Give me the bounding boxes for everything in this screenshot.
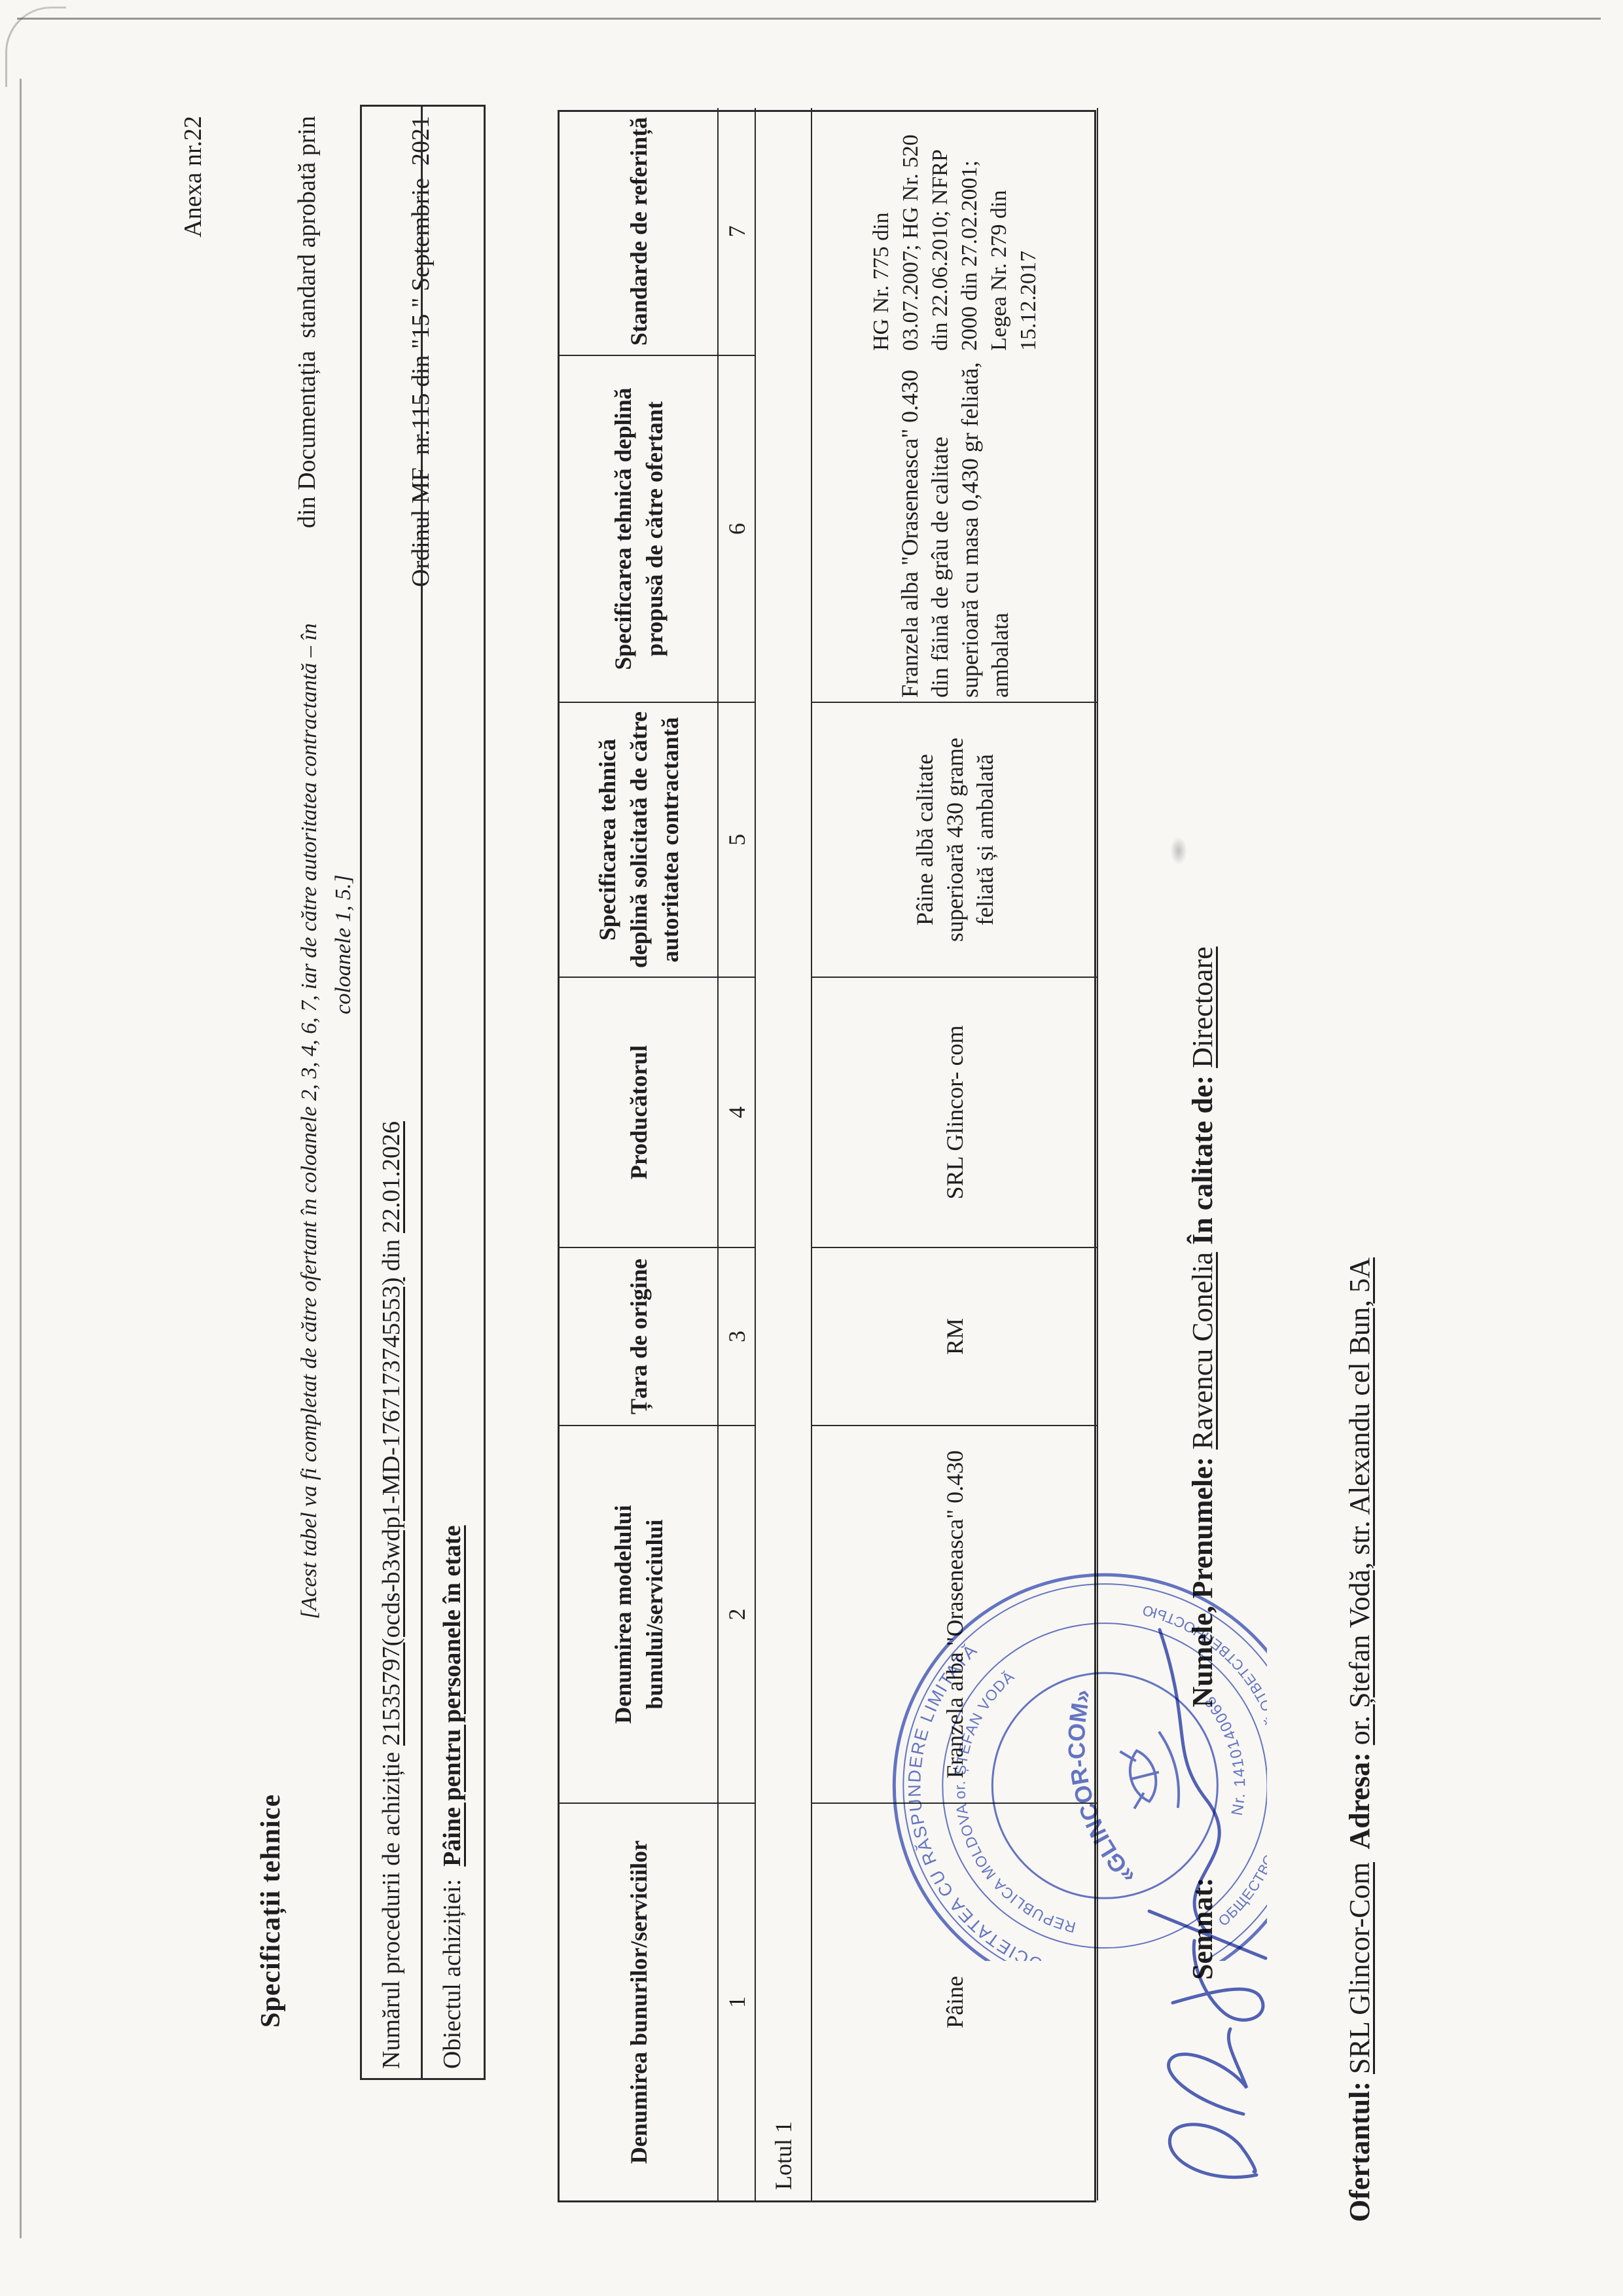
- table-data-cell-spec-offered: Franzela alba "Oraseneasca" 0.430 din fă…: [812, 355, 1098, 702]
- table-header-cell: Denumirea bunurilor/serviciilor: [560, 1803, 719, 2200]
- offerer-line: Ofertantul: SRL Glincor-Com Adresa: or. …: [1343, 1257, 1376, 2222]
- role-value: Directoare: [1186, 946, 1219, 1068]
- svg-text:«GLINCOR-COM»: «GLINCOR-COM»: [1044, 1681, 1143, 1896]
- table-data-cell-spec-requested: Pâine albă calitate superioară 430 grame…: [812, 702, 1098, 977]
- table-header-cell: Țara de origine: [560, 1247, 719, 1425]
- name-value: Ravencu Conelia: [1186, 1252, 1219, 1450]
- role-label: În calitate de:: [1186, 1068, 1219, 1252]
- column-number-cell: 1: [719, 1803, 756, 2200]
- address-value: or. Ștefan Vodă, str. Alexandu cel Bun, …: [1344, 1257, 1376, 1745]
- table-header-cell: Specificarea tehnică deplină propusă de …: [560, 355, 719, 702]
- procedure-number-row: Numărul procedurii de achiziție 21535797…: [362, 107, 423, 2078]
- fill-instructions-note-line1: [Acest tabel va fi completat de către of…: [297, 496, 322, 1746]
- stamp-center-name: «GLINCOR-COM»: [1044, 1681, 1143, 1896]
- lot-row: Lotul 1: [756, 108, 812, 2200]
- column-number-cell: 7: [719, 108, 756, 355]
- column-number-cell: 2: [719, 1425, 756, 1803]
- object-label: Obiectul achiziției:: [438, 1867, 467, 2069]
- svg-text:Nr. 1410140068: Nr. 1410140068: [1199, 1688, 1260, 1821]
- table-header-cell: Standarde de referință: [560, 108, 719, 355]
- fill-instructions-note-line2: coloanele 1, 5.]: [331, 836, 356, 1052]
- procedure-number: 21535797(ocds-b3wdp1-MD-1767173745553): [377, 1278, 406, 1746]
- scanned-document-page: Anexa nr.22 din Documentația standard ap…: [0, 0, 1623, 2296]
- table-header-cell: Denumirea modelului bunului/serviciului: [560, 1425, 719, 1803]
- object-value: Pâine pentru persoanele în etate: [438, 1525, 467, 1866]
- stamp-center-emblem: [1118, 1730, 1185, 1818]
- column-number-cell: 6: [719, 355, 756, 702]
- page-title: Specificații tehnice: [255, 1794, 287, 2028]
- table-data-cell-standards: HG Nr. 775 din 03.07.2007; HG Nr. 520 di…: [812, 108, 1098, 355]
- offerer-company: SRL Glincor-Com: [1344, 1862, 1376, 2074]
- table-header-cell: Producătorul: [560, 977, 719, 1247]
- column-number-cell: 3: [719, 1247, 756, 1425]
- offerer-label: Ofertantul:: [1344, 2074, 1376, 2222]
- column-number-cell: 4: [719, 977, 756, 1247]
- acquisition-object-row: Obiectul achiziției: Pâine pentru persoa…: [423, 107, 482, 2078]
- table-header-cell: Specificarea tehnică deplină solicitată …: [560, 702, 719, 977]
- table-data-cell-country: RM: [812, 1247, 1098, 1425]
- procedure-label: Numărul procedurii de achiziție: [377, 1746, 406, 2069]
- procedure-mid: din: [377, 1233, 406, 1278]
- table-data-cell-producer: SRL Glincor- com: [812, 977, 1098, 1247]
- address-label: Adresa:: [1344, 1745, 1376, 1862]
- stamp-ring-inner-bottom: Nr. 1410140068: [1199, 1688, 1260, 1821]
- stamp-ring-inner-top: REPUBLICA MOLDOVA or. ȘTEFAN VODĂ: [922, 1666, 1081, 1957]
- column-number-cell: 5: [719, 702, 756, 977]
- svg-text:REPUBLICA MOLDOVA or. ȘTEFAN V: REPUBLICA MOLDOVA or. ȘTEFAN VODĂ: [922, 1666, 1081, 1957]
- procedure-object-box: Numărul procedurii de achiziție 21535797…: [360, 105, 486, 2080]
- procedure-date: 22.01.2026: [377, 1121, 406, 1233]
- company-round-stamp: SOCIETATEA CU RĂSPUNDERE LIMITATĂ ОБЩЕСТ…: [822, 1516, 1267, 1961]
- rotated-landscape-sheet: Anexa nr.22 din Documentația standard ap…: [0, 0, 1623, 2296]
- annex-number: Anexa nr.22: [174, 116, 212, 587]
